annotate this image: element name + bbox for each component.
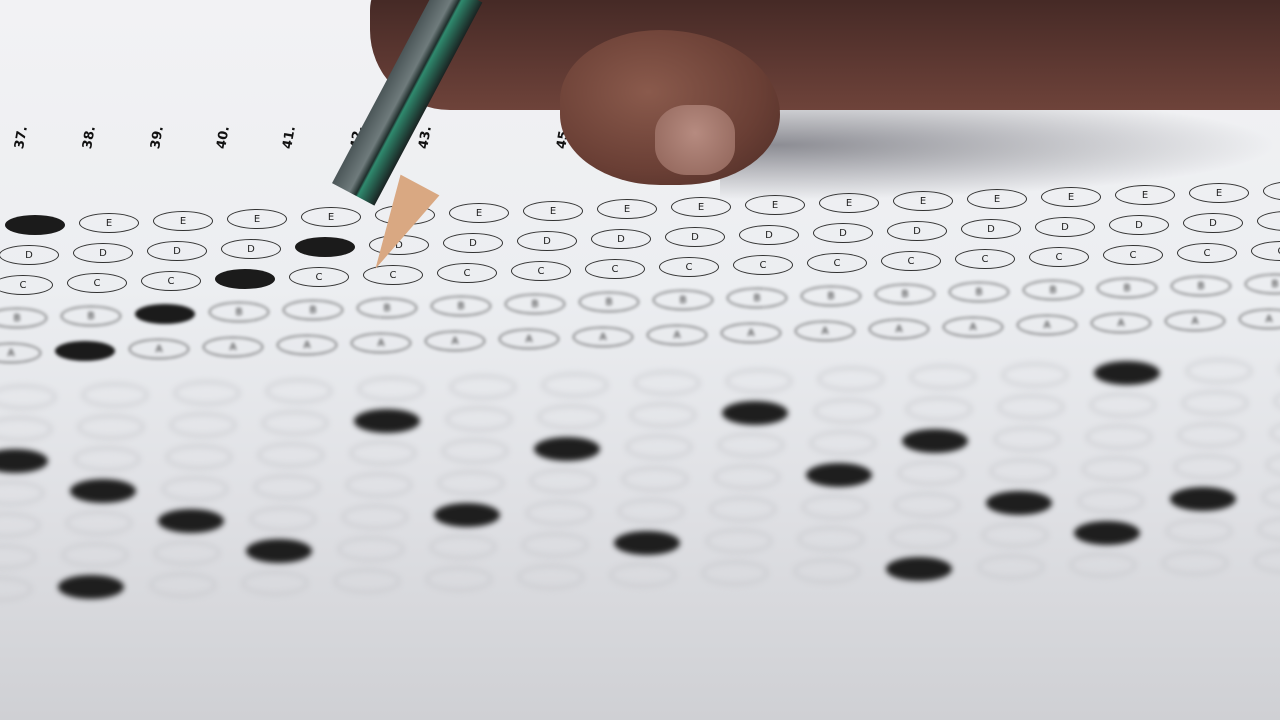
answer-bubble: D	[443, 233, 503, 253]
answer-bubble: E	[153, 211, 213, 231]
answer-bubble: B	[61, 306, 121, 326]
answer-bubble: D	[0, 245, 59, 265]
answer-bubble: E	[301, 207, 361, 227]
answer-bubble	[1162, 551, 1228, 575]
answer-bubble	[426, 567, 492, 591]
answer-bubble	[1002, 363, 1068, 387]
answer-bubble: D	[1257, 211, 1280, 231]
answer-bubble	[910, 365, 976, 389]
answer-bubble	[1178, 423, 1244, 447]
answer-bubble	[174, 381, 240, 405]
answer-bubble: D	[1183, 213, 1243, 233]
answer-bubble: A	[1091, 313, 1151, 333]
answer-bubble: A	[573, 327, 633, 347]
answer-bubble: B	[357, 298, 417, 318]
answer-bubble: D	[961, 219, 1021, 239]
answer-bubble	[5, 215, 65, 235]
answer-bubble	[74, 447, 140, 471]
answer-bubble	[618, 499, 684, 523]
answer-bubble: B	[1097, 278, 1157, 298]
answer-bubble	[1182, 391, 1248, 415]
answer-bubble: E	[671, 197, 731, 217]
answer-bubble: A	[203, 337, 263, 357]
answer-bubble	[530, 469, 596, 493]
answer-bubble	[706, 529, 772, 553]
answer-bubble	[446, 407, 512, 431]
answer-sheet-photo: 37. 38. 39. 40. 41. 42. 43. 45. EEEEEEEE…	[0, 0, 1280, 720]
answer-bubble: C	[1103, 245, 1163, 265]
answer-bubble	[0, 545, 36, 569]
answer-bubble	[722, 401, 788, 425]
answer-bubble	[55, 341, 115, 361]
answer-bubble	[0, 417, 52, 441]
answer-bubble	[894, 493, 960, 517]
answer-bubble: E	[1115, 185, 1175, 205]
answer-bubble	[78, 415, 144, 439]
answer-bubble	[242, 571, 308, 595]
answer-bubble	[806, 463, 872, 487]
answer-bubble: C	[1251, 241, 1280, 261]
answer-bubble	[1078, 489, 1144, 513]
answer-bubble	[450, 375, 516, 399]
answer-bubble: C	[67, 273, 127, 293]
answer-bubble	[906, 397, 972, 421]
answer-bubble	[266, 379, 332, 403]
answer-bubble	[354, 409, 420, 433]
answer-bubble	[62, 543, 128, 567]
answer-bubble	[818, 367, 884, 391]
answer-bubble	[714, 465, 780, 489]
answer-bubble	[154, 541, 220, 565]
answer-bubble	[1270, 421, 1280, 445]
answer-bubble	[250, 507, 316, 531]
answer-bubble: D	[73, 243, 133, 263]
question-number: 40.	[214, 125, 233, 150]
answer-bubble: D	[147, 241, 207, 261]
answer-bubble: A	[129, 339, 189, 359]
answer-bubble: B	[727, 288, 787, 308]
answer-bubble	[350, 441, 416, 465]
answer-bubble	[1070, 553, 1136, 577]
answer-bubble: B	[579, 292, 639, 312]
answer-bubble	[150, 573, 216, 597]
answer-bubble	[1274, 389, 1280, 413]
answer-bubble: A	[499, 329, 559, 349]
answer-bubble	[794, 559, 860, 583]
answer-bubble	[998, 395, 1064, 419]
answer-bubble	[890, 525, 956, 549]
answer-bubble	[0, 577, 32, 601]
answer-bubble	[0, 385, 56, 409]
answer-bubble	[1170, 487, 1236, 511]
answer-bubble	[814, 399, 880, 423]
answer-bubble: E	[893, 191, 953, 211]
answer-bubble: D	[1035, 217, 1095, 237]
answer-bubble: A	[943, 317, 1003, 337]
answer-bubble	[58, 575, 124, 599]
question-number: 39.	[148, 125, 167, 150]
answer-bubble	[215, 269, 275, 289]
answer-bubble: E	[1189, 183, 1249, 203]
answer-bubble	[246, 539, 312, 563]
answer-bubble: D	[1109, 215, 1169, 235]
answer-bubble	[522, 533, 588, 557]
answer-bubble	[295, 237, 355, 257]
answer-bubble: C	[1177, 243, 1237, 263]
answer-bubble	[982, 523, 1048, 547]
answer-bubble	[1166, 519, 1232, 543]
answer-bubble: C	[0, 275, 53, 295]
answer-bubble	[1082, 457, 1148, 481]
answer-bubble	[438, 471, 504, 495]
answer-bubble	[810, 431, 876, 455]
answer-bubble: A	[425, 331, 485, 351]
answer-bubble: B	[1023, 280, 1083, 300]
answer-bubble	[334, 569, 400, 593]
answer-bubble	[630, 403, 696, 427]
answer-bubble	[258, 443, 324, 467]
answer-bubble: B	[875, 284, 935, 304]
answer-bubble: B	[0, 308, 47, 328]
answer-bubble	[538, 405, 604, 429]
answer-bubble	[1174, 455, 1240, 479]
answer-bubble: C	[955, 249, 1015, 269]
answer-bubble	[82, 383, 148, 407]
answer-bubble: A	[869, 319, 929, 339]
question-number: 38.	[80, 125, 99, 150]
answer-bubble	[1074, 521, 1140, 545]
answer-bubble	[610, 563, 676, 587]
answer-bubble	[70, 479, 136, 503]
answer-bubble: A	[277, 335, 337, 355]
answer-bubble	[166, 445, 232, 469]
hand	[370, 0, 1280, 110]
answer-bubble: E	[1041, 187, 1101, 207]
answer-bubble	[986, 491, 1052, 515]
answer-bubble	[0, 513, 40, 537]
answer-bubble	[0, 481, 44, 505]
answer-bubble: B	[1171, 276, 1231, 296]
answer-bubble	[898, 461, 964, 485]
answer-bubble: C	[289, 267, 349, 287]
answer-bubble: D	[813, 223, 873, 243]
answer-bubble	[1258, 517, 1280, 541]
answer-bubble: C	[733, 255, 793, 275]
answer-bubble	[622, 467, 688, 491]
answer-bubble	[162, 477, 228, 501]
question-number: 43.	[416, 125, 435, 150]
answer-bubble	[262, 411, 328, 435]
answer-bubble: E	[819, 193, 879, 213]
answer-bubble	[726, 369, 792, 393]
answer-bubble: E	[523, 201, 583, 221]
answer-bubble: E	[79, 213, 139, 233]
answer-bubble: A	[647, 325, 707, 345]
answer-bubble: A	[1239, 309, 1280, 329]
answer-bubble: A	[1017, 315, 1077, 335]
answer-bubble: D	[739, 225, 799, 245]
question-number: 41.	[280, 125, 299, 150]
answer-bubble	[442, 439, 508, 463]
answer-bubble: C	[437, 263, 497, 283]
answer-bubble: C	[511, 261, 571, 281]
answer-bubble: E	[227, 209, 287, 229]
answer-bubble	[798, 527, 864, 551]
answer-bubble	[542, 373, 608, 397]
answer-bubble	[710, 497, 776, 521]
answer-bubble: E	[597, 199, 657, 219]
answer-bubble: B	[283, 300, 343, 320]
answer-bubble	[626, 435, 692, 459]
answer-bubble: A	[721, 323, 781, 343]
answer-bubble: B	[431, 296, 491, 316]
answer-bubble: A	[351, 333, 411, 353]
answer-bubble	[1186, 359, 1252, 383]
answer-bubble	[1094, 361, 1160, 385]
answer-bubble	[135, 304, 195, 324]
answer-bubble	[526, 501, 592, 525]
thumbnail	[655, 105, 735, 175]
answer-bubble: E	[449, 203, 509, 223]
answer-bubble: B	[653, 290, 713, 310]
answer-bubble	[0, 449, 48, 473]
answer-bubble: A	[795, 321, 855, 341]
answer-bubble	[1254, 549, 1280, 573]
answer-bubble: E	[967, 189, 1027, 209]
answer-bubble: B	[209, 302, 269, 322]
answer-bubble: C	[881, 251, 941, 271]
answer-bubble: B	[949, 282, 1009, 302]
answer-bubble: A	[1165, 311, 1225, 331]
answer-bubble	[170, 413, 236, 437]
answer-bubble	[338, 537, 404, 561]
answer-bubble	[534, 437, 600, 461]
answer-bubble: C	[141, 271, 201, 291]
answer-bubble	[886, 557, 952, 581]
answer-bubble	[718, 433, 784, 457]
question-number: 37.	[12, 125, 31, 150]
answer-bubble	[66, 511, 132, 535]
answer-bubble: D	[887, 221, 947, 241]
answer-bubble	[802, 495, 868, 519]
answer-bubble	[434, 503, 500, 527]
answer-bubble	[994, 427, 1060, 451]
answer-bubble	[990, 459, 1056, 483]
answer-bubble: B	[1245, 274, 1280, 294]
answer-bubble: C	[807, 253, 867, 273]
answer-bubble: D	[517, 231, 577, 251]
answer-bubble: C	[585, 259, 645, 279]
answer-bubble	[158, 509, 224, 533]
answer-bubble	[1086, 425, 1152, 449]
answer-bubble: C	[1029, 247, 1089, 267]
answer-bubble: D	[665, 227, 725, 247]
answer-bubble: B	[505, 294, 565, 314]
answer-bubble: A	[0, 343, 41, 363]
answer-bubble	[978, 555, 1044, 579]
answer-bubble	[634, 371, 700, 395]
answer-bubble	[1090, 393, 1156, 417]
answer-bubble	[1262, 485, 1280, 509]
answer-bubble: B	[801, 286, 861, 306]
answer-bubble	[702, 561, 768, 585]
answer-bubble	[254, 475, 320, 499]
answer-bubble	[342, 505, 408, 529]
answer-bubble	[1266, 453, 1280, 477]
answer-bubble	[358, 377, 424, 401]
answer-bubble	[346, 473, 412, 497]
answer-bubble	[518, 565, 584, 589]
answer-bubble: D	[221, 239, 281, 259]
answer-bubble: E	[745, 195, 805, 215]
answer-bubble	[902, 429, 968, 453]
answer-bubble: D	[591, 229, 651, 249]
answer-bubble	[614, 531, 680, 555]
answer-bubble	[430, 535, 496, 559]
answer-bubble: C	[659, 257, 719, 277]
